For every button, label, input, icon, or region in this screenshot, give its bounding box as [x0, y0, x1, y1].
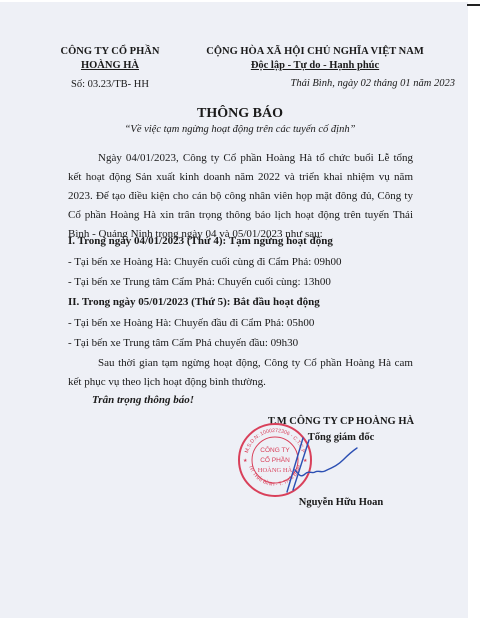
company-name-line2: HOÀNG HÀ	[40, 59, 180, 73]
closing-line: Trân trọng thông báo!	[92, 394, 194, 406]
document-title: THÔNG BÁO	[0, 106, 480, 122]
document-subtitle: “Về việc tạm ngừng hoạt động trên các tu…	[0, 124, 480, 135]
document-page	[0, 2, 468, 618]
company-name-line1: CÔNG TY CỔ PHẦN	[40, 45, 180, 59]
section-2-item-1: - Tại bến xe Hoàng Hà: Chuyến đầu đi Cẩm…	[68, 317, 314, 329]
company-header: CÔNG TY CỔ PHẦN HOÀNG HÀ	[40, 45, 180, 73]
section-1-item-1: - Tại bến xe Hoàng Hà: Chuyến cuối cùng …	[68, 256, 342, 268]
nation-title: CỘNG HÒA XÃ HỘI CHỦ NGHĨA VIỆT NAM	[180, 45, 450, 59]
national-header: CỘNG HÒA XÃ HỘI CHỦ NGHĨA VIỆT NAM Độc l…	[180, 45, 450, 73]
intro-paragraph: Ngày 04/01/2023, Công ty Cổ phần Hoàng H…	[68, 149, 413, 244]
scan-artifact	[467, 4, 480, 6]
document-number: Số: 03.23/TB- HH	[40, 79, 180, 90]
nation-motto: Độc lập - Tự do - Hạnh phúc	[180, 59, 450, 73]
signatory-name: Nguyễn Hữu Hoan	[236, 497, 446, 508]
section-1-item-2: - Tại bến xe Trung tâm Cẩm Phả: Chuyến c…	[68, 276, 331, 288]
signature-icon	[285, 430, 365, 500]
place-date: Thái Bình, ngày 02 tháng 01 năm 2023	[240, 78, 455, 89]
section-heading-2: II. Trong ngày 05/01/2023 (Thứ 5): Bắt đ…	[68, 296, 320, 308]
section-heading-1: I. Trong ngày 04/01/2023 (Thứ 4): Tạm ng…	[68, 235, 333, 247]
svg-text:★: ★	[243, 458, 248, 464]
outro-paragraph: Sau thời gian tạm ngừng hoạt động, Công …	[68, 354, 413, 392]
section-2-item-2: - Tại bến xe Trung tâm Cẩm Phả chuyến đầ…	[68, 337, 298, 349]
